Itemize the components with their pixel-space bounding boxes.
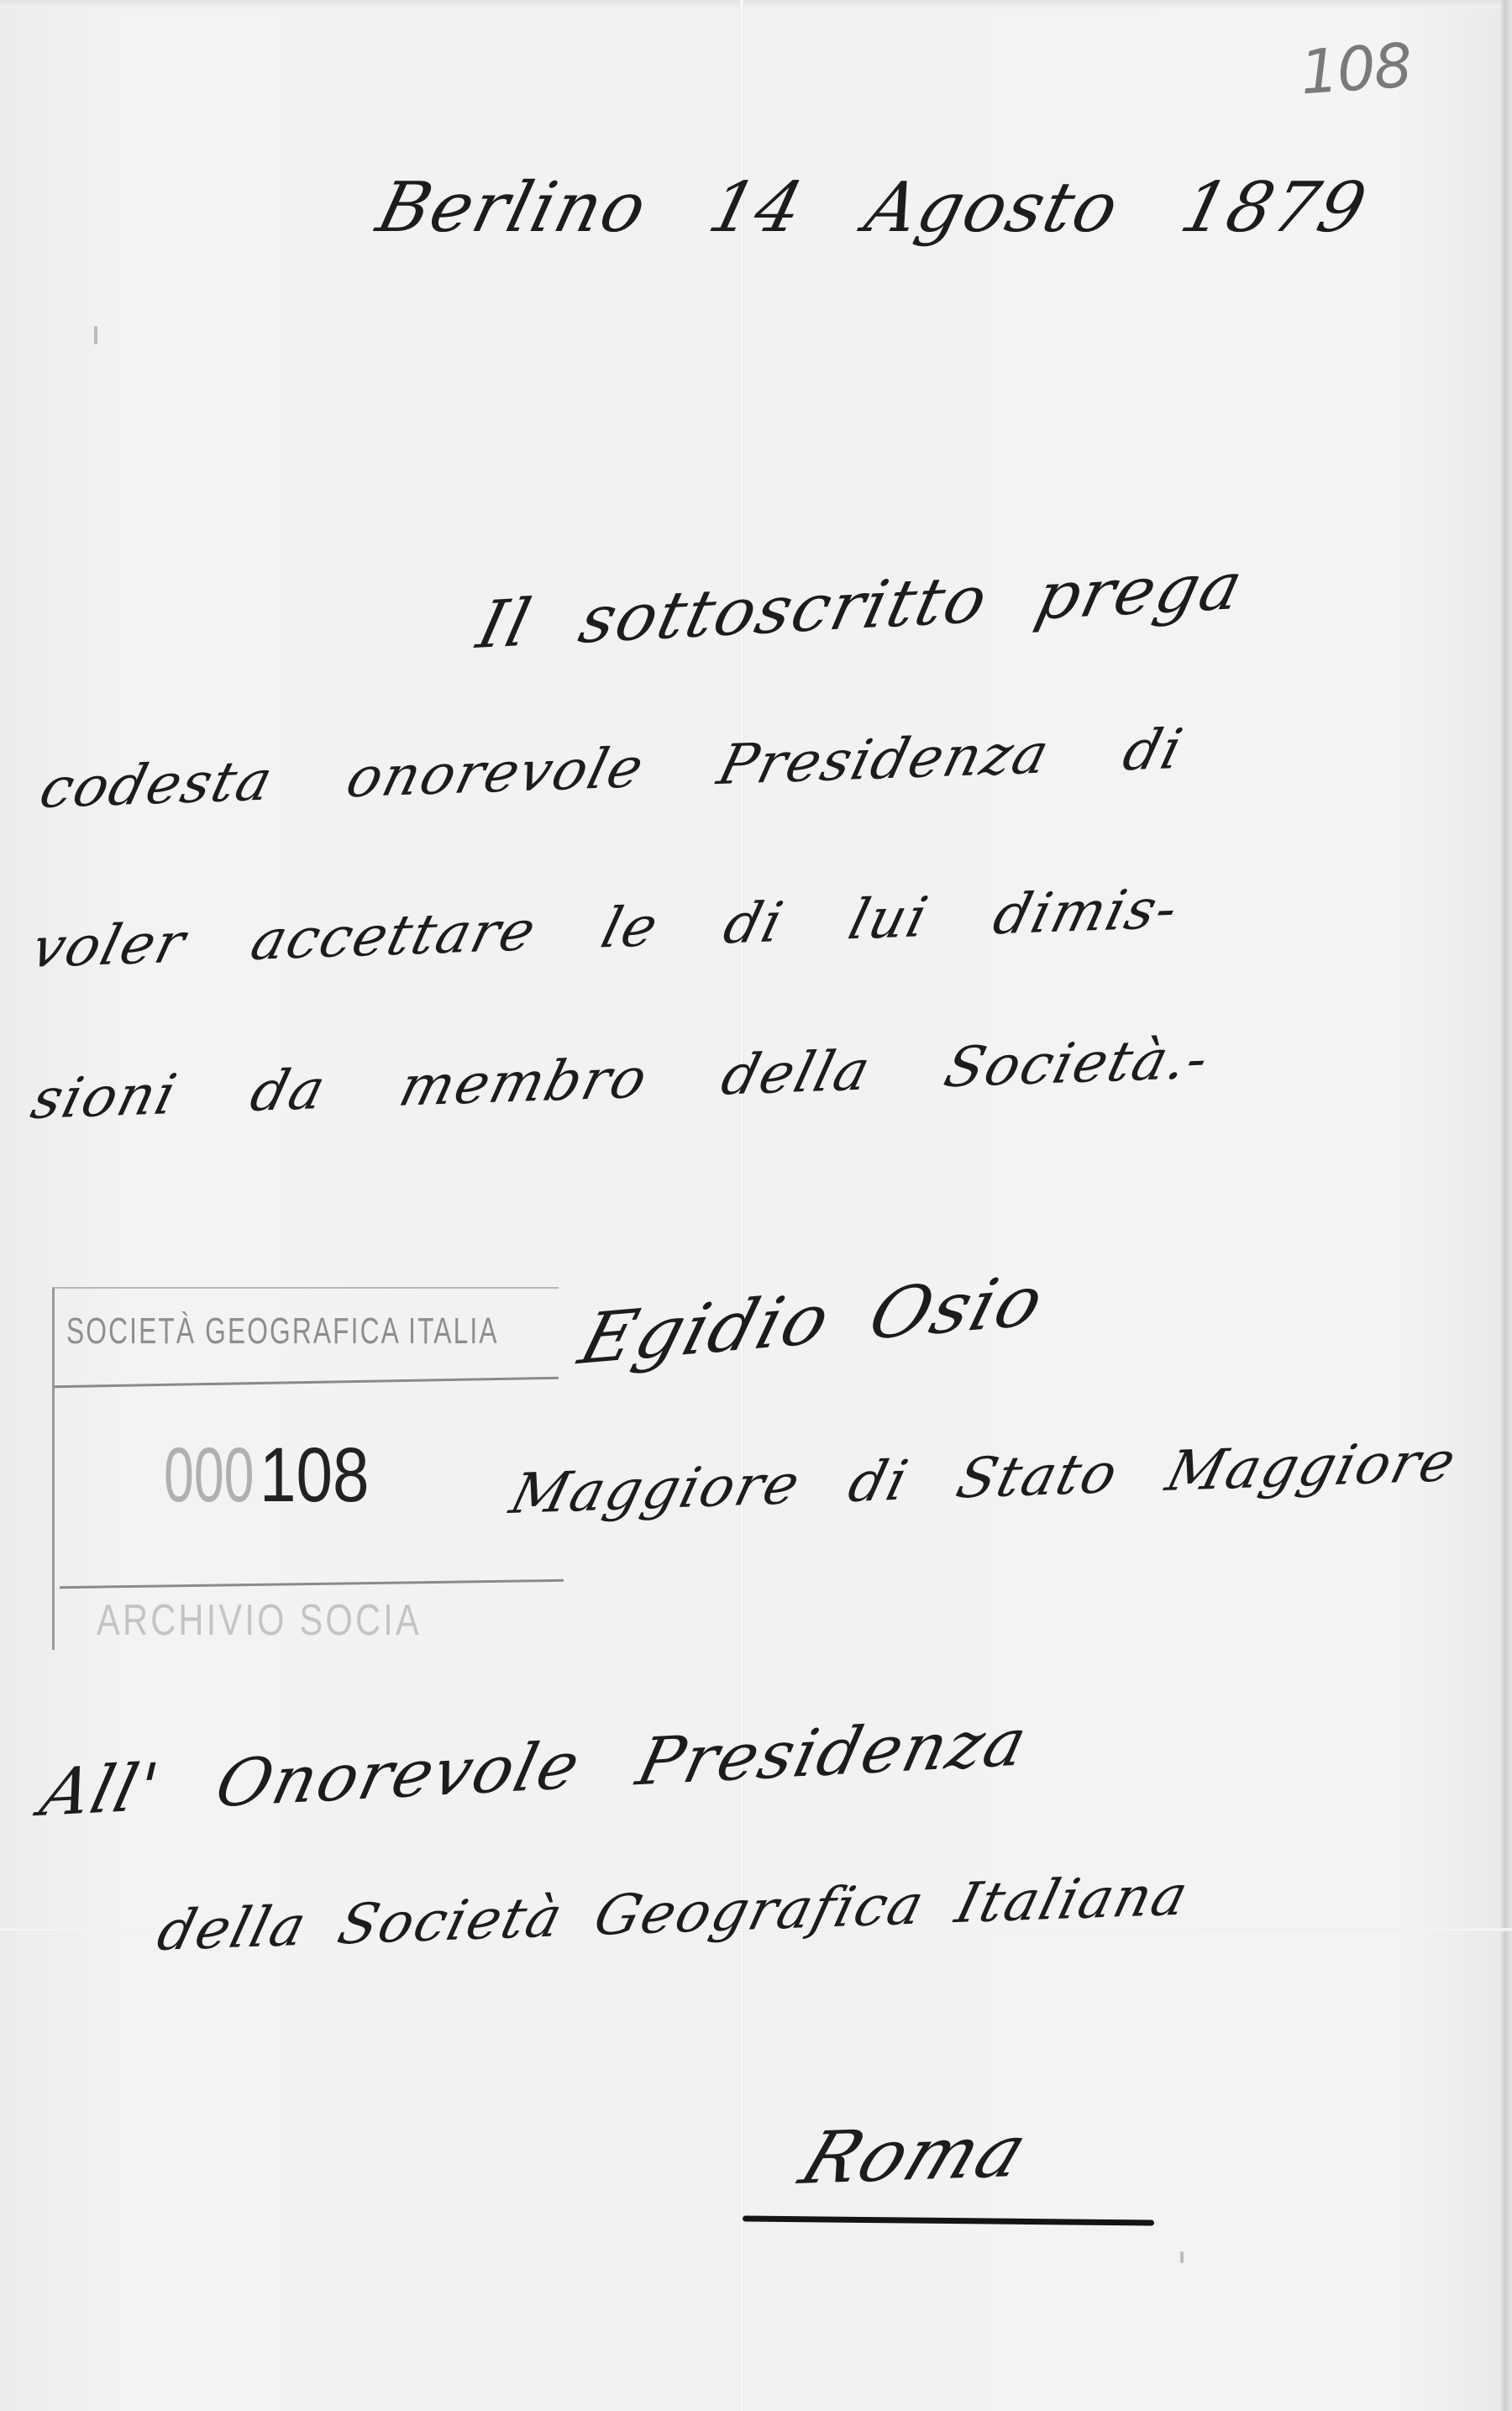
word: sottoscritto — [572, 562, 995, 659]
paper-speck — [94, 326, 97, 344]
word: lui — [843, 885, 936, 952]
stamp-footer: ARCHIVIO SOCIA — [97, 1595, 422, 1646]
word: Il — [470, 586, 539, 664]
stamp-divider — [55, 1377, 559, 1388]
body-line-2: codestaonorevolePresidenzadi — [34, 714, 1267, 821]
word: Italiana — [949, 1863, 1195, 1936]
word: voler — [25, 911, 193, 980]
stamp-number-inked: 108 — [260, 1431, 369, 1520]
word: All' — [34, 1750, 167, 1831]
word: Osio — [861, 1259, 1054, 1356]
word: di — [843, 1448, 916, 1515]
word: Geografica — [588, 1873, 932, 1948]
word: Maggiore — [1160, 1429, 1463, 1504]
city-underline — [743, 2215, 1154, 2225]
word: prega — [1029, 549, 1251, 634]
word: della — [151, 1894, 314, 1963]
word: Maggiore — [504, 1452, 807, 1526]
stamp-header: SOCIETÀ GEOGRAFICA ITALIA — [66, 1311, 499, 1353]
word: Società.- — [938, 1027, 1217, 1100]
body-line-4: sionidamembrodellaSocietà.- — [25, 1024, 1293, 1132]
word: codesta — [34, 749, 281, 821]
word: Stato — [950, 1441, 1125, 1510]
date-place: Berlino — [370, 168, 655, 248]
letter-page: 108 Berlino14Agosto1879 Ilsottoscrittopr… — [0, 0, 1512, 2411]
date-day: 14 — [701, 168, 812, 248]
paper-speck — [1180, 2251, 1184, 2263]
word: le — [595, 894, 665, 960]
word: onorevole — [340, 735, 651, 810]
address-city: Roma — [790, 2109, 1040, 2201]
address-line-1: All'OnorevolePresidenza — [34, 1702, 1095, 1831]
word: Presidenza — [711, 722, 1057, 797]
word: dimis- — [987, 876, 1186, 947]
stamp-number: 000108 — [164, 1431, 388, 1520]
stamp-divider — [60, 1579, 564, 1589]
word: di — [1116, 717, 1189, 783]
page-top-edge — [0, 0, 1512, 8]
date-month: Agosto — [858, 168, 1127, 248]
word: sioni — [25, 1062, 184, 1132]
word: Società — [332, 1884, 570, 1957]
word: della — [715, 1038, 878, 1108]
page-right-edge — [1500, 0, 1512, 2411]
archive-page-number: 108 — [1298, 30, 1413, 108]
signature-name: EgidioOsio — [571, 1256, 1097, 1380]
vertical-fold-line — [739, 0, 744, 2411]
word: Egidio — [571, 1278, 840, 1380]
date-year: 1879 — [1173, 168, 1374, 248]
word: membro — [393, 1046, 655, 1119]
body-line-3: voleraccettarelediluidimis- — [25, 874, 1253, 980]
body-line-1: Ilsottoscrittoprega — [470, 546, 1302, 664]
word: Onorevole — [208, 1728, 588, 1822]
word: di — [717, 890, 790, 956]
word: da — [244, 1057, 333, 1124]
archive-stamp: SOCIETÀ GEOGRAFICA ITALIA 000108 ARCHIVI… — [52, 1287, 559, 1650]
address-line-2: dellaSocietàGeograficaItaliana — [151, 1862, 1230, 1963]
signature-title: MaggiorediStatoMaggiore — [504, 1427, 1512, 1526]
date-line: Berlino14Agosto1879 — [370, 168, 1441, 248]
word: accettare — [244, 898, 543, 973]
stamp-number-faded: 000 — [164, 1431, 254, 1520]
word: Presidenza — [630, 1705, 1035, 1801]
